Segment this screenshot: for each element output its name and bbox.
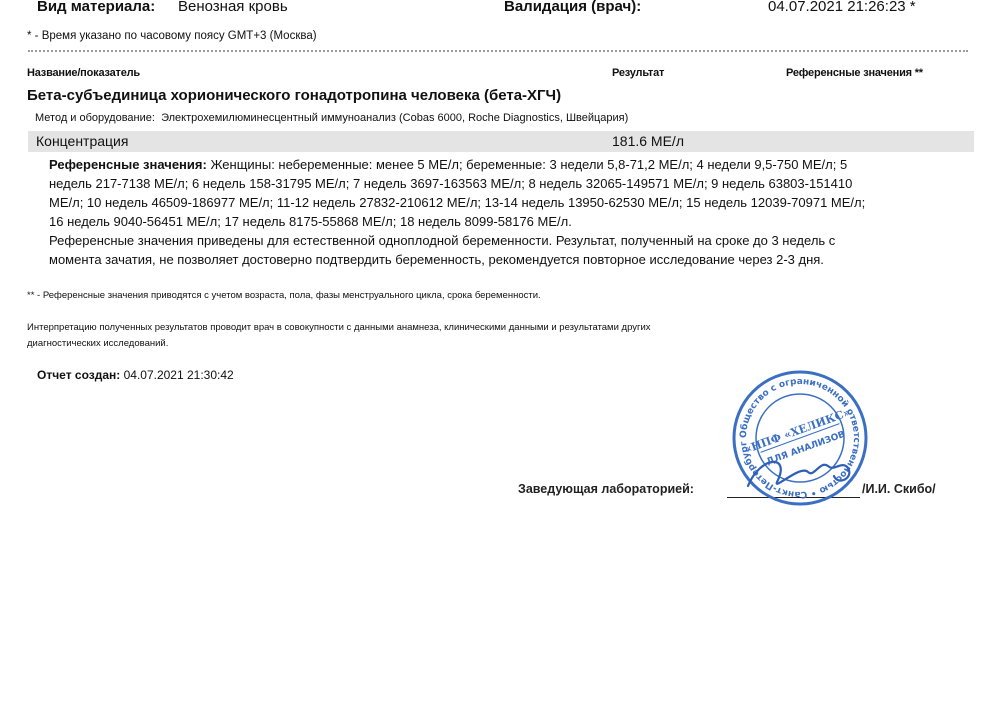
column-header-name: Название/показатель [27,67,140,79]
result-value: 181.6 МЕ/л [612,133,684,149]
validation-label: Валидация (врач): [504,0,641,15]
interpretation-note: Интерпретацию полученных результатов про… [27,320,717,352]
material-value: Венозная кровь [178,0,288,15]
signature-name: /И.И. Скибо/ [862,482,936,496]
reference-label: Референсные значения: [49,157,207,172]
validation-value: 04.07.2021 21:26:23 * [768,0,916,15]
reference-note: Референсные значения приведены для естес… [49,233,835,267]
test-title: Бета-субъединица хорионического гонадотр… [27,87,561,104]
report-created-value: 04.07.2021 21:30:42 [124,368,234,382]
report-created: Отчет создан: 04.07.2021 21:30:42 [37,368,234,382]
timezone-note: * - Время указано по часовому поясу GMT+… [27,30,317,42]
reference-footnote: ** - Референсные значения приводятся с у… [27,290,541,301]
column-header-reference: Референсные значения ** [786,67,923,79]
lab-stamp-icon: Общество с ограниченной ответственностью… [730,368,870,508]
method-label: Метод и оборудование: [35,112,155,124]
reference-values-block: Референсные значения: Женщины: неберемен… [49,155,879,269]
material-label: Вид материала: [37,0,155,15]
method-value: Электрохемилюминесцентный иммуноанализ (… [161,112,628,124]
result-row: Концентрация 181.6 МЕ/л [28,131,974,152]
report-created-label: Отчет создан: [37,368,120,382]
dotted-divider [28,50,968,52]
signature-label: Заведующая лабораторией: [518,482,694,496]
method-line: Метод и оборудование: Электрохемилюминес… [35,112,628,124]
column-header-result: Результат [612,67,664,79]
result-name: Концентрация [36,133,128,149]
